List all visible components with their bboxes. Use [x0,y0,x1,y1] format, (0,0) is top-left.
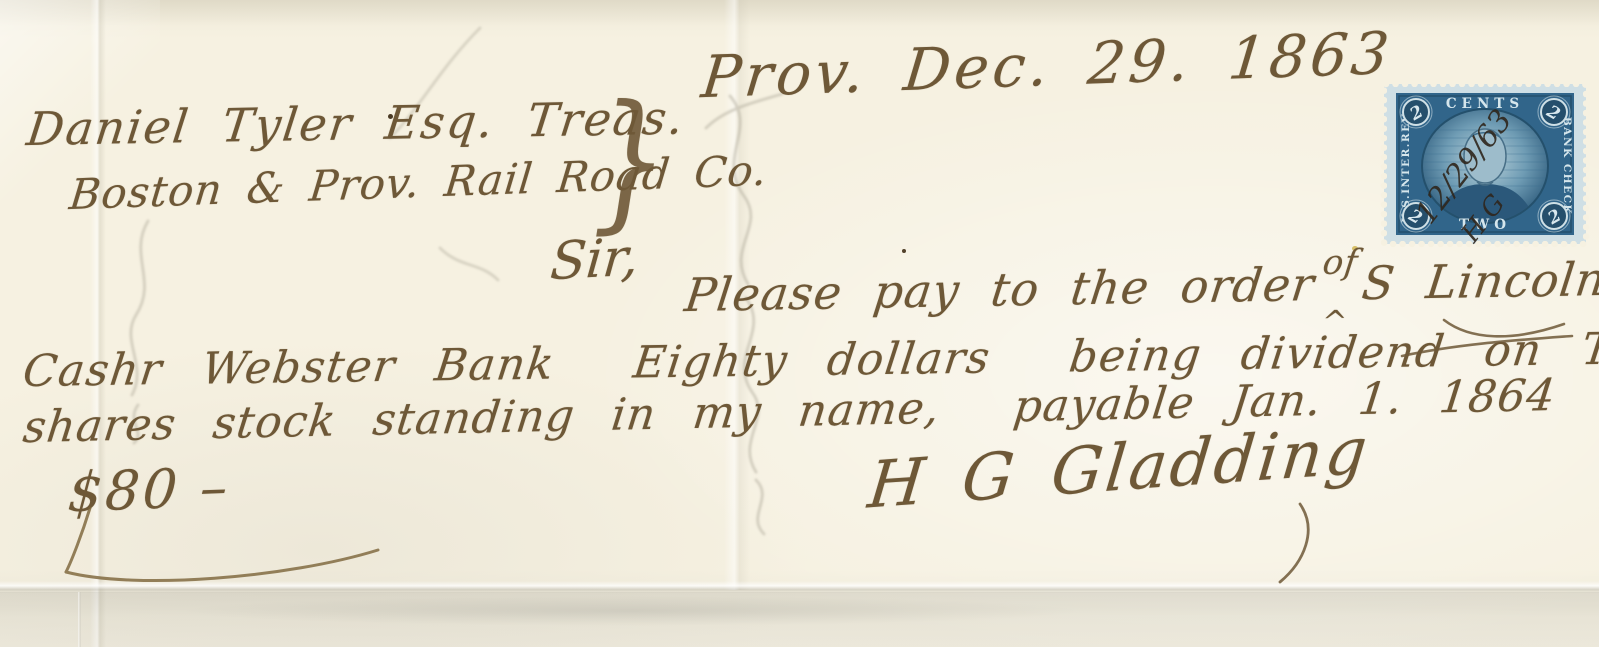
pen-dash-after-twenty [1398,334,1578,362]
addressee-name-line: Daniel Tyler Esq. Treas. [24,95,687,153]
ink-speck [902,249,906,253]
addressee-brace: } [592,86,668,236]
fold-line-bottom-left [78,592,81,647]
dateline: Prov. Dec. 29. 1863 [699,24,1396,106]
salutation: Sir, [548,231,640,288]
signature-descender-flourish [1260,500,1350,590]
pen-flourish-under-amount [26,506,406,588]
revenue-stamp: CENTS TWO U.S.INTER.REV. BANK CHECK 2 2 … [1378,78,1592,250]
body-line-1-pre: Please pay to the order [682,257,1318,322]
inserted-word-of: of^ [1312,289,1361,300]
stamp-top-label: CENTS [1446,96,1524,112]
stamp-right-label: BANK CHECK [1561,117,1573,215]
body-line-1-post: S Lincoln [1359,252,1599,310]
body-line-1: Please pay to the orderof^S Lincoln [682,256,1599,318]
inserted-word-text: of [1321,245,1360,280]
document-page: Prov. Dec. 29. 1863 Daniel Tyler Esq. Tr… [0,0,1599,647]
paper-bottom-smudge [180,596,1080,626]
